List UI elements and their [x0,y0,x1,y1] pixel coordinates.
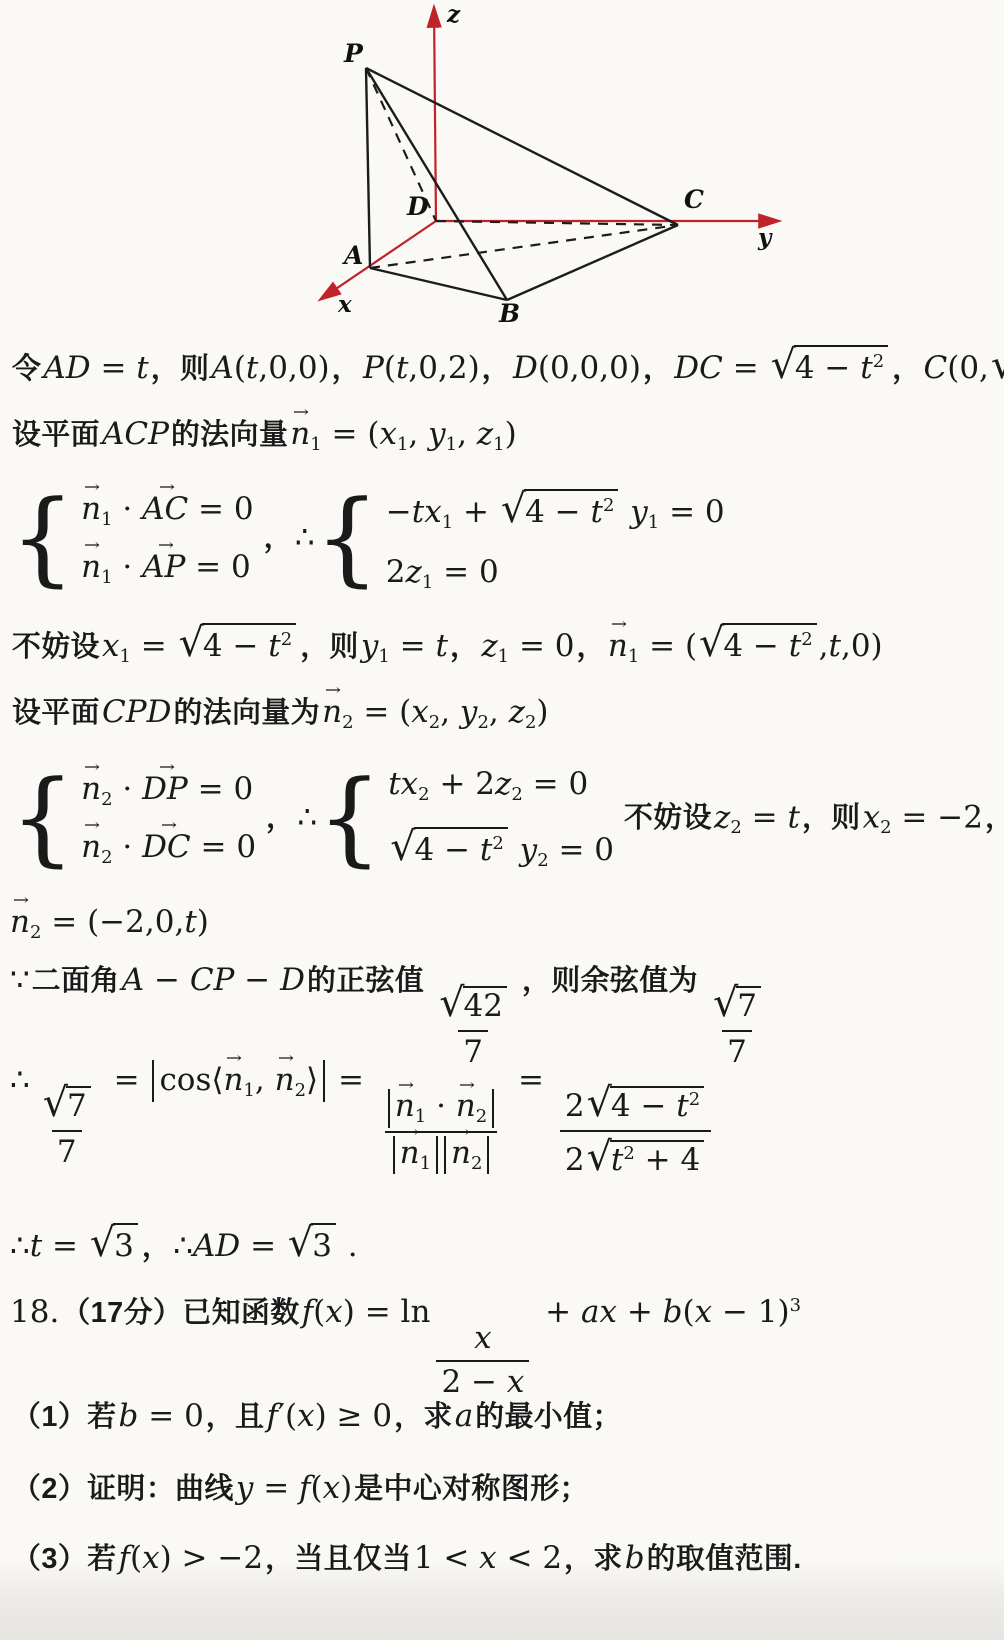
math-token: 2 [511,784,522,805]
cases-rows: −tx1 + 4 − t2 y1 = 02z1 = 0 [386,484,725,594]
math-token: 2 [623,1143,634,1164]
solution-page: PDABCxyz 令AD = t，则A(t,0,0)，P(t,0,2)，D(0,… [0,0,1004,1640]
math-sqrt: 7 [43,1081,91,1127]
math-token: 2 [880,817,891,838]
math-token: n [81,489,101,529]
math-token: D [513,350,538,386]
x-axis [321,221,436,299]
math-token: x [142,1540,159,1576]
math-token: 1 [446,434,457,455]
math-token: , [408,416,428,452]
math-token: tx [388,766,418,802]
math-token: 2 [30,922,41,943]
sqrt-radicand: 7 [736,986,761,1025]
solution-line-n1-solution: 不妨设x1 = 4 − t2，则y1 = t，z1 = 0，n1 = (4 − … [10,618,883,670]
solution-line-coordinates: 令AD = t，则A(t,0,0)，P(t,0,2)，D(0,0,0)，DC =… [10,340,1004,392]
math-token: 2 [476,1106,487,1127]
math-sqrt: 4 − t2 [699,618,817,670]
math-token: = −2 [892,799,983,835]
math-sqrt: 4 − t2 [991,340,1004,392]
edge-PA [366,68,370,268]
math-sqrt: t2 + 4 [587,1135,705,1181]
math-token: 2 [730,817,741,838]
math-token: t [136,350,148,386]
math-token: n [400,1136,420,1172]
cases-row: n1 · AC = 0 [81,489,253,531]
math-token: t [611,1142,623,1178]
problem-18-part-3: （3）若f(x) > −2，当且仅当1 < x < 2，求b的取值范围. [10,1538,804,1578]
math-token: ∴ [297,799,317,835]
sqrt-radicand: 4 − t2 [414,827,508,870]
text-run: 不妨设 [10,631,102,663]
math-token: 2 [471,1153,482,1174]
text-run: ， [330,353,363,385]
text-run: ， [890,353,923,385]
math-token: 7 [67,1088,87,1124]
math-token: ) [340,1470,352,1506]
math-token: D [280,962,305,998]
text-run: ，当且仅当 [263,1543,414,1575]
math-token: 2 [281,629,292,650]
text-run: 不妨设 [622,802,714,834]
math-token: t [268,628,280,664]
text-run: ， [480,353,513,385]
math-token: = 0 [185,549,250,585]
math-sqrt: 4 − t2 [771,340,889,392]
math-token: n [290,414,310,454]
math-token: = [91,350,137,386]
math-token: ( [234,350,246,386]
math-token: 2 [101,847,112,868]
math-token: ∴ [10,1228,30,1264]
text-run: 令 [10,353,43,385]
math-token: ⟩ [306,1062,318,1098]
sqrt-radicand: 4 − t2 [202,623,296,666]
math-token: DP [142,769,188,809]
math-token: 1 [442,512,453,533]
math-token: 2 [477,712,488,733]
math-token: 1 [498,646,509,667]
math-token: , [255,1062,275,1098]
text-run: 的取值范围. [645,1543,804,1575]
math-token: 7 [727,1034,747,1070]
math-token: = [253,1470,299,1506]
math-token: ( [130,1540,142,1576]
math-token: DC [674,350,723,386]
text-run: ，则余弦值为 [520,965,700,997]
math-token: − [386,494,412,530]
math-token: AC [142,489,188,529]
math-token: y [428,416,446,452]
math-token: x [863,799,880,835]
math-fraction: 77 [36,1081,98,1170]
math-token: 2 [525,712,536,733]
text-run: 二面角 [30,965,122,997]
fraction-denominator: 2t2 + 4 [560,1130,711,1181]
vertex-label-D: D [406,192,429,221]
math-token: t [860,350,872,386]
math-token: 1 [422,571,433,592]
math-token: n [10,902,30,942]
math-token: 2 [101,788,112,809]
math-token: − [144,962,190,998]
math-token: 1 [648,512,659,533]
math-token: = [42,1228,88,1264]
cases-rows: tx2 + 2z2 = 04 − t2 y2 = 0 [388,764,614,874]
math-cases: n2 · DP = 0n2 · DC = 0 [10,769,256,869]
text-run: （2）证明：曲线 [10,1473,236,1505]
math-token: = [131,628,177,664]
math-token: (0, [947,350,989,386]
math-token: = 0 [188,771,253,807]
math-sqrt: 4 − t2 [390,822,508,874]
math-token: 2 [386,554,406,590]
math-token: 2 [873,351,884,372]
math-token: f [266,1398,277,1434]
math-token: 4 − [611,1088,676,1124]
fraction-numerator: 7 [706,981,768,1027]
solution-line-n2-result: n2 = (−2,0,t) [10,902,209,944]
math-token: · [113,771,143,807]
math-sqrt: 7 [713,981,761,1027]
math-token: 3 [312,1228,332,1264]
math-token: = ( [322,416,380,452]
text-run: 设平面 [10,419,102,451]
math-token: 1 [420,1153,431,1174]
vertex-label-C: C [684,185,704,214]
math-token: z [495,766,511,802]
math-token: tx [412,494,442,530]
math-token: 1 [378,646,389,667]
math-token: 18. [10,1294,59,1330]
problem-18-statement: 18.（17分）已知函数f(x) = lnx2 − x + ax + b(x −… [10,1292,801,1401]
text-run: 的法向量为 [171,697,322,729]
math-token: · [426,1088,456,1124]
math-token: = 0 [523,766,588,802]
text-run: 设平面 [10,697,102,729]
math-sqrt: 3 [90,1218,138,1270]
math-token: n [456,1089,476,1125]
math-token: x [507,1364,524,1400]
math-token: ∴ [295,519,315,555]
fraction-numerator: x [469,1321,496,1357]
math-token: ax [581,1294,617,1330]
math-token: 1 [101,567,112,588]
text-run: ，求 [562,1543,625,1575]
math-token: = 0 [138,1398,203,1434]
math-token: ,0) [841,628,883,664]
math-token: t [184,904,196,940]
math-token: ) [505,416,517,452]
math-token: 1 [243,1080,254,1101]
text-run: 是中心对称图形； [352,1473,591,1505]
math-token: CPD [102,694,171,730]
text-run: ， [983,802,1004,834]
math-token: = [240,1228,286,1264]
math-token: x [411,694,428,730]
cases-row: tx2 + 2z2 = 0 [388,764,614,806]
math-token: ACP [102,416,169,452]
text-run: 的法向量 [169,419,290,451]
solution-line-cosine-equation: ∴77 = cos⟨n1, n2⟩ = n1 · n2n1n2 = 24 − t… [10,1060,717,1181]
math-token: ⟨ [211,1062,223,1098]
math-token: ( [311,1470,323,1506]
math-token: 3 [790,1295,801,1316]
math-token: 4 − [795,350,860,386]
math-token: ) > −2 [160,1540,263,1576]
math-token: y [460,694,478,730]
math-token: CP [190,962,235,998]
math-token: 2 [492,833,503,854]
math-token: = ( [639,628,697,664]
math-cases: −tx1 + 4 − t2 y1 = 02z1 = 0 [315,484,725,594]
math-token: 3 [114,1228,134,1264]
math-token: 2 [565,1088,585,1124]
math-token: n [322,692,342,732]
math-token: x [379,416,396,452]
math-token: t [676,1088,688,1124]
math-sqrt: 4 − t2 [501,484,619,536]
math-token: 4 − [525,494,590,530]
text-run: ， [262,522,295,554]
math-token: n [81,547,101,587]
math-token: x [479,1540,496,1576]
math-token: x [102,628,119,664]
math-token: − [234,962,280,998]
sqrt-radicand: 4 − t2 [794,345,888,388]
math-token: + 4 [635,1142,700,1178]
text-run: ， [140,1231,173,1263]
text-run: ， [641,353,674,385]
solution-line-system-n2: n2 · DP = 0n2 · DC = 0，∴tx2 + 2z2 = 04 −… [10,764,1004,874]
math-token: x [323,1470,340,1506]
math-token: · [113,829,143,865]
math-token: ( [683,1294,695,1330]
math-token: n [81,769,101,809]
math-token: y [510,832,537,868]
math-token: ( [384,350,396,386]
vertex-label-P: P [343,39,364,68]
math-token: + [617,1294,663,1330]
math-token: y [361,628,379,664]
math-token: a [455,1398,473,1434]
text-run: ，则 [149,353,212,385]
cases-row: −tx1 + 4 − t2 y1 = 0 [386,484,725,536]
math-token: z [477,416,493,452]
axis-label-z: z [446,1,461,28]
math-token: b [663,1294,683,1330]
math-token: A [211,350,233,386]
sqrt-radicand: 3 [113,1223,138,1266]
math-token: ∵ [10,962,30,998]
math-token: = 0 [659,494,724,530]
math-token: n [223,1060,243,1100]
axis-label-y: y [757,224,773,251]
math-token: 1 [101,508,112,529]
math-token: . [338,1228,358,1264]
axis-label-x: x [337,291,352,318]
math-token: − 1) [712,1294,790,1330]
text-run: ，求 [392,1401,455,1433]
sqrt-radicand: t2 + 4 [610,1140,704,1179]
math-fraction: 24 − t22t2 + 4 [560,1081,711,1180]
math-token: AP [142,547,185,587]
math-token: = 0 [509,628,574,664]
edge-AB [370,268,507,300]
math-token: t [789,628,801,664]
math-token: + 2 [430,766,495,802]
cases-rows: n1 · AC = 0n1 · AP = 0 [81,489,253,589]
sqrt-radicand: 7 [66,1086,91,1125]
text-run: （1）若 [10,1401,119,1433]
math-token: b [119,1398,139,1434]
math-token: 2 [342,712,353,733]
text-run: （17分）已知函数 [59,1297,301,1329]
math-token: (0,0,0) [538,350,641,386]
solution-line-dihedral-angle: ∵二面角A − CP − D的正弦值427，则余弦值为77 [10,960,774,1071]
math-token: 1 [397,434,408,455]
fraction-numerator: 42 [432,981,514,1027]
math-token: , [440,694,460,730]
math-token: ,0,2) [408,350,479,386]
math-token: = [104,1062,150,1098]
math-token: = [742,799,788,835]
math-token: n [81,827,101,867]
math-token: 2 [295,1080,306,1101]
math-fraction: x2 − x [436,1321,529,1400]
text-run: ， [575,631,608,663]
math-token: = [723,350,769,386]
math-token: y [620,494,647,530]
math-token: ,0,0) [258,350,329,386]
math-token: 2 − [441,1364,506,1400]
math-token: 4 − [723,628,788,664]
problem-18-part-2: （2）证明：曲线y = f(x)是中心对称图形； [10,1468,591,1508]
cases-row: n1 · AP = 0 [81,547,253,589]
math-token: 1 [493,434,504,455]
text-run: ，则 [298,631,361,663]
math-sqrt: 42 [439,981,507,1027]
math-token: · [113,491,143,527]
math-fraction: 427 [432,981,514,1070]
solution-line-answer-ad: ∴t = 3，∴AD = 3 . [10,1218,358,1270]
math-token: x [297,1398,314,1434]
math-token: 2 [537,850,548,871]
math-token: z [405,554,421,590]
text-run: ，且 [204,1401,267,1433]
math-token: t [396,350,408,386]
math-token: = 0 [188,491,253,527]
math-token: t [829,628,841,664]
math-token: 2 [603,495,614,516]
text-run: ， [448,631,481,663]
fraction-denominator: 2 − x [436,1360,529,1401]
math-token: f [299,1470,310,1506]
math-token: 4 − [203,628,268,664]
sqrt-radicand: 4 − t2 [722,623,816,666]
math-token: f [302,1294,313,1330]
math-token: x [474,1320,491,1356]
math-token: + [535,1294,581,1330]
cases-row: n2 · DP = 0 [81,769,256,811]
math-token: = [508,1062,554,1098]
math-token: , [819,628,829,664]
fraction-numerator: 7 [36,1081,98,1127]
cases-row: n2 · DC = 0 [81,827,256,869]
vertex-label-A: A [342,241,363,270]
math-token: = ( [354,694,412,730]
cases-row: 4 − t2 y2 = 0 [388,822,614,874]
math-token: z [481,628,497,664]
math-token: < 2 [497,1540,562,1576]
math-token: cos [159,1062,211,1098]
math-token: 2 [429,712,440,733]
cases-rows: n2 · DP = 0n2 · DC = 0 [81,769,256,869]
math-token: = 0 [433,554,498,590]
solution-line-normal-n1-def: 设平面ACP的法向量n1 = (x1, y1, z1) [10,414,517,456]
math-token: x [325,1294,342,1330]
geometry-figure: PDABCxyz [0,0,1004,332]
math-token: n [275,1060,295,1100]
math-token: · [113,549,143,585]
math-token: 2 [418,784,429,805]
math-token: = [328,1062,374,1098]
math-token: ) [536,694,548,730]
math-token: P [363,350,384,386]
math-token: , [457,416,477,452]
math-token: = [390,628,436,664]
math-sqrt: 3 [288,1218,336,1270]
math-token: t [480,832,492,868]
math-cases: tx2 + 2z2 = 04 − t2 y2 = 0 [317,764,614,874]
fraction-denominator: 7 [52,1130,82,1171]
math-token: DC [142,827,191,867]
fraction-numerator: n1 · n2 [380,1089,502,1127]
sqrt-radicand: 4 − t2 [610,1086,704,1125]
math-cases: n1 · AC = 0n1 · AP = 0 [10,489,254,589]
solution-line-normal-n2-def: 设平面CPD的法向量为n2 = (x2, y2, z2) [10,692,548,734]
sqrt-radicand: 3 [311,1223,336,1266]
math-token: ∴ [173,1228,193,1264]
math-token: 2 [565,1142,585,1178]
text-run: ， [264,802,297,834]
math-token: 7 [737,988,757,1024]
math-token: t [788,799,800,835]
fraction-denominator: 7 [722,1030,752,1071]
math-token: 2 [689,1090,700,1111]
math-token: y [236,1470,254,1506]
z-axis [434,8,436,221]
math-token: C [924,350,948,386]
text-run: 的最小值； [473,1401,624,1433]
math-abs: n1 [393,1136,438,1174]
text-run: （3）若 [10,1543,119,1575]
math-token: = 0 [549,832,614,868]
math-token: t [436,628,448,664]
fraction-numerator: 24 − t2 [560,1081,711,1127]
math-token: 1 [628,646,639,667]
math-token: x [695,1294,712,1330]
math-token: ′( [278,1398,297,1434]
math-token: z [509,694,525,730]
sqrt-radicand: 42 [463,986,507,1025]
math-token: 1 [119,646,130,667]
math-token: ( [313,1294,325,1330]
fraction-denominator: n1n2 [385,1131,498,1174]
math-token: A [122,962,144,998]
vertex-label-B: B [498,299,520,328]
math-token: 2 [801,629,812,650]
